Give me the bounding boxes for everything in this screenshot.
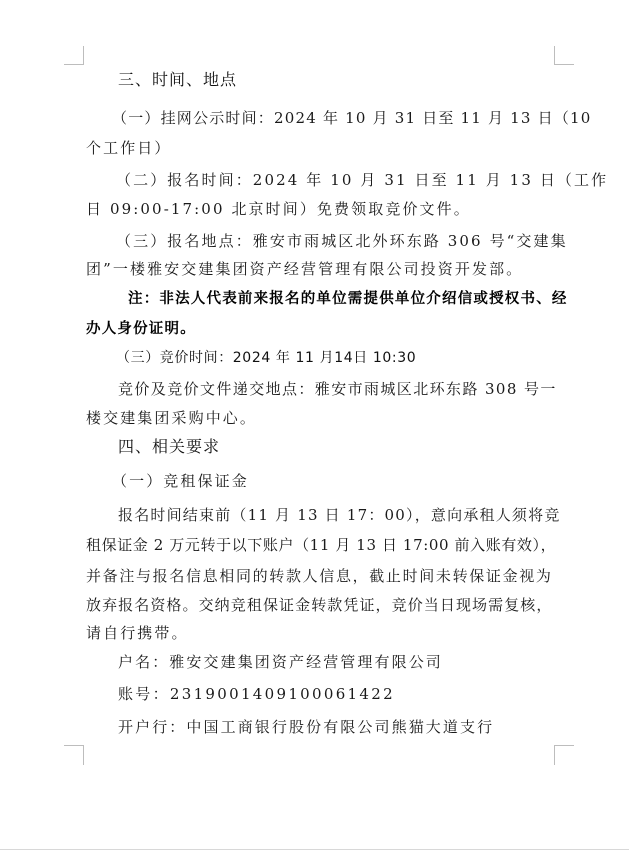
item1-line1: （一）挂网公示时间：2024 年 10 月 31 日至 11 月 13 日（10 <box>112 108 554 128</box>
bid-place-line2: 楼交建集团采购中心。 <box>86 408 257 428</box>
note-line2: 办人身份证明。 <box>86 319 196 339</box>
account-name: 户名：雅安交建集团资产经营管理有限公司 <box>118 652 443 672</box>
margin-corner-top-left <box>64 46 84 65</box>
item2-line2: 日 09:00-17:00 北京时间）免费领取竞价文件。 <box>86 199 471 219</box>
bid-time: （三）竞价时间：2024 年 11 月14日 10:30 <box>116 348 416 368</box>
margin-corner-bottom-right <box>554 745 574 765</box>
bid-place-line1: 竞价及竞价文件递交地点：雅安市雨城区北环东路 308 号一 <box>118 379 552 399</box>
para-line-4: 放弃报名资格。交纳竞租保证金转款凭证，竞价当日现场需复核， <box>86 595 552 615</box>
bank-name: 开户行：中国工商银行股份有限公司熊猫大道支行 <box>118 717 494 737</box>
page-bottom-edge <box>0 849 629 850</box>
item3-line2: 团”一楼雅安交建集团资产经营管理有限公司投资开发部。 <box>86 259 510 279</box>
account-number: 账号：2319001409100061422 <box>118 684 395 704</box>
para-line-1: 报名时间结束前（11 月 13 日 17：00），意向承租人须将竞 <box>118 505 552 525</box>
item3-line1: （三）报名地点：雅安市雨城区北外环东路 306 号“交建集 <box>116 231 552 251</box>
item2-line1: （二）报名时间：2024 年 10 月 31 日至 11 月 13 日（工作 <box>116 170 552 190</box>
para-line-5: 请自行携带。 <box>86 623 189 643</box>
margin-corner-top-right <box>554 46 574 65</box>
section-3-heading: 三、时间、地点 <box>118 70 237 90</box>
section-4-heading: 四、相关要求 <box>118 437 220 457</box>
para-line-2: 租保证金 2 万元转于以下账户（11 月 13 日 17:00 前入账有效）， <box>86 535 552 555</box>
item1-line2: 个工作日） <box>86 138 172 158</box>
para-line-3: 并备注与报名信息相同的转款人信息，截止时间未转保证金视为 <box>86 566 552 586</box>
margin-corner-bottom-left <box>64 745 84 765</box>
sub1-heading: （一）竞租保证金 <box>112 471 249 491</box>
note-line1: 注：非法人代表前来报名的单位需提供单位介绍信或授权书、经 <box>128 289 554 309</box>
